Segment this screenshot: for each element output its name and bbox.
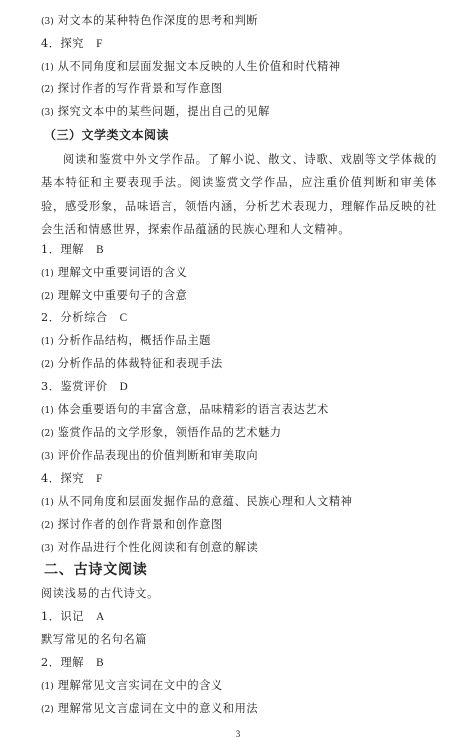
item-text: 从不同角度和层面发掘作品的意蕴、民族心理和人文精神 bbox=[58, 495, 353, 508]
level-label: 2．分析综合 bbox=[41, 311, 108, 324]
level-heading: 3．鉴赏评价D bbox=[41, 380, 128, 394]
list-item: (1)从不同角度和层面发掘作品的意蕴、民族心理和人文精神 bbox=[41, 495, 352, 510]
item-text: 体会重要语句的丰富含意，品味精彩的语言表达艺术 bbox=[58, 403, 329, 416]
item-number: (3) bbox=[41, 542, 54, 556]
item-text: 探讨作者的创作背景和创作意图 bbox=[58, 518, 223, 531]
item-number: (2) bbox=[41, 703, 54, 717]
item-number: (1) bbox=[41, 335, 54, 349]
item-number: (3) bbox=[41, 106, 54, 120]
list-item: (3)探究文本中的某些问题，提出自己的见解 bbox=[41, 105, 270, 120]
item-text: 从不同角度和层面发掘文本反映的人生价值和时代精神 bbox=[58, 60, 341, 73]
item-number: (2) bbox=[41, 519, 54, 533]
list-item: (2)探讨作者的写作背景和写作意图 bbox=[41, 82, 223, 97]
level-grade: B bbox=[96, 656, 104, 670]
item-text: 分析作品结构，概括作品主题 bbox=[58, 334, 211, 347]
level-label: 1．理解 bbox=[41, 243, 84, 256]
section-heading: （三）文学类文本阅读 bbox=[44, 128, 169, 143]
list-item: (3)评价作品表现出的价值判断和审美取向 bbox=[41, 449, 258, 464]
item-number: (1) bbox=[41, 61, 54, 75]
list-item: (2)探讨作者的创作背景和创作意图 bbox=[41, 518, 223, 533]
level-grade: D bbox=[120, 380, 129, 394]
item-text: 分析作品的体裁特征和表现手法 bbox=[58, 357, 223, 370]
list-item: (1)理解常见文言实词在文中的含义 bbox=[41, 679, 223, 694]
level-label: 2．理解 bbox=[41, 656, 84, 669]
level-heading: 1．理解B bbox=[41, 243, 104, 257]
level-label: 4．探究 bbox=[41, 37, 84, 50]
section-intro-paragraph: 阅读和鉴赏中外文学作品。了解小说、散文、诗歌、戏剧等文学体裁的基本特征和主要表现… bbox=[41, 148, 437, 242]
item-number: (2) bbox=[41, 427, 54, 441]
list-item: (2)理解文中重要句子的含意 bbox=[41, 289, 187, 304]
item-text: 鉴赏作品的文学形象，领悟作品的艺术魅力 bbox=[58, 426, 282, 439]
item-text: 探讨作者的写作背景和写作意图 bbox=[58, 82, 223, 95]
item-text: 对作品进行个性化阅读和有创意的解读 bbox=[58, 541, 258, 554]
list-item: (1)从不同角度和层面发掘文本反映的人生价值和时代精神 bbox=[41, 60, 341, 75]
level-note: 默写常见的名句名篇 bbox=[41, 633, 147, 647]
part-intro: 阅读浅易的古代诗文。 bbox=[41, 587, 159, 601]
list-item: (2)鉴赏作品的文学形象，领悟作品的艺术魅力 bbox=[41, 426, 282, 441]
item-text: 理解文中重要句子的含意 bbox=[58, 289, 188, 302]
level-grade: F bbox=[96, 37, 103, 51]
level-grade: F bbox=[96, 472, 103, 486]
item-number: (2) bbox=[41, 358, 54, 372]
item-number: (1) bbox=[41, 404, 54, 418]
item-text: 理解常见文言实词在文中的含义 bbox=[58, 679, 223, 692]
list-item: (2)分析作品的体裁特征和表现手法 bbox=[41, 357, 223, 372]
level-grade: C bbox=[120, 311, 128, 325]
level-heading: 2．分析综合C bbox=[41, 311, 128, 325]
level-heading: 4．探究F bbox=[41, 472, 103, 486]
level-label: 3．鉴赏评价 bbox=[41, 380, 108, 393]
item-number: (3) bbox=[41, 450, 54, 464]
item-text: 理解常见文言虚词在文中的意义和用法 bbox=[58, 702, 258, 715]
item-text: 探究文本中的某些问题，提出自己的见解 bbox=[58, 105, 270, 118]
list-item: (2)理解常见文言虚词在文中的意义和用法 bbox=[41, 702, 258, 717]
item-number: (3) bbox=[41, 15, 54, 29]
item-text: 评价作品表现出的价值判断和审美取向 bbox=[58, 449, 258, 462]
part-heading: 二、古诗文阅读 bbox=[44, 562, 148, 579]
item-text: 对文本的某种特色作深度的思考和判断 bbox=[58, 14, 258, 27]
list-item: (3)对文本的某种特色作深度的思考和判断 bbox=[41, 14, 258, 29]
list-item: (1)理解文中重要词语的含义 bbox=[41, 266, 187, 281]
level-heading: 4．探究F bbox=[41, 37, 103, 51]
level-grade: B bbox=[96, 243, 104, 257]
item-number: (1) bbox=[41, 680, 54, 694]
item-text: 理解文中重要词语的含义 bbox=[58, 266, 188, 279]
document-page: (3)对文本的某种特色作深度的思考和判断 4．探究F (1)从不同角度和层面发掘… bbox=[0, 0, 476, 745]
level-heading: 2．理解B bbox=[41, 656, 104, 670]
level-heading: 1．识记A bbox=[41, 610, 105, 624]
level-label: 4．探究 bbox=[41, 472, 84, 485]
item-number: (2) bbox=[41, 290, 54, 304]
list-item: (1)分析作品结构，概括作品主题 bbox=[41, 334, 211, 349]
list-item: (3)对作品进行个性化阅读和有创意的解读 bbox=[41, 541, 258, 556]
level-label: 1．识记 bbox=[41, 610, 84, 623]
item-number: (1) bbox=[41, 267, 54, 281]
level-grade: A bbox=[96, 610, 105, 624]
page-number: 3 bbox=[0, 729, 476, 739]
item-number: (2) bbox=[41, 83, 54, 97]
item-number: (1) bbox=[41, 496, 54, 510]
list-item: (1)体会重要语句的丰富含意，品味精彩的语言表达艺术 bbox=[41, 403, 329, 418]
